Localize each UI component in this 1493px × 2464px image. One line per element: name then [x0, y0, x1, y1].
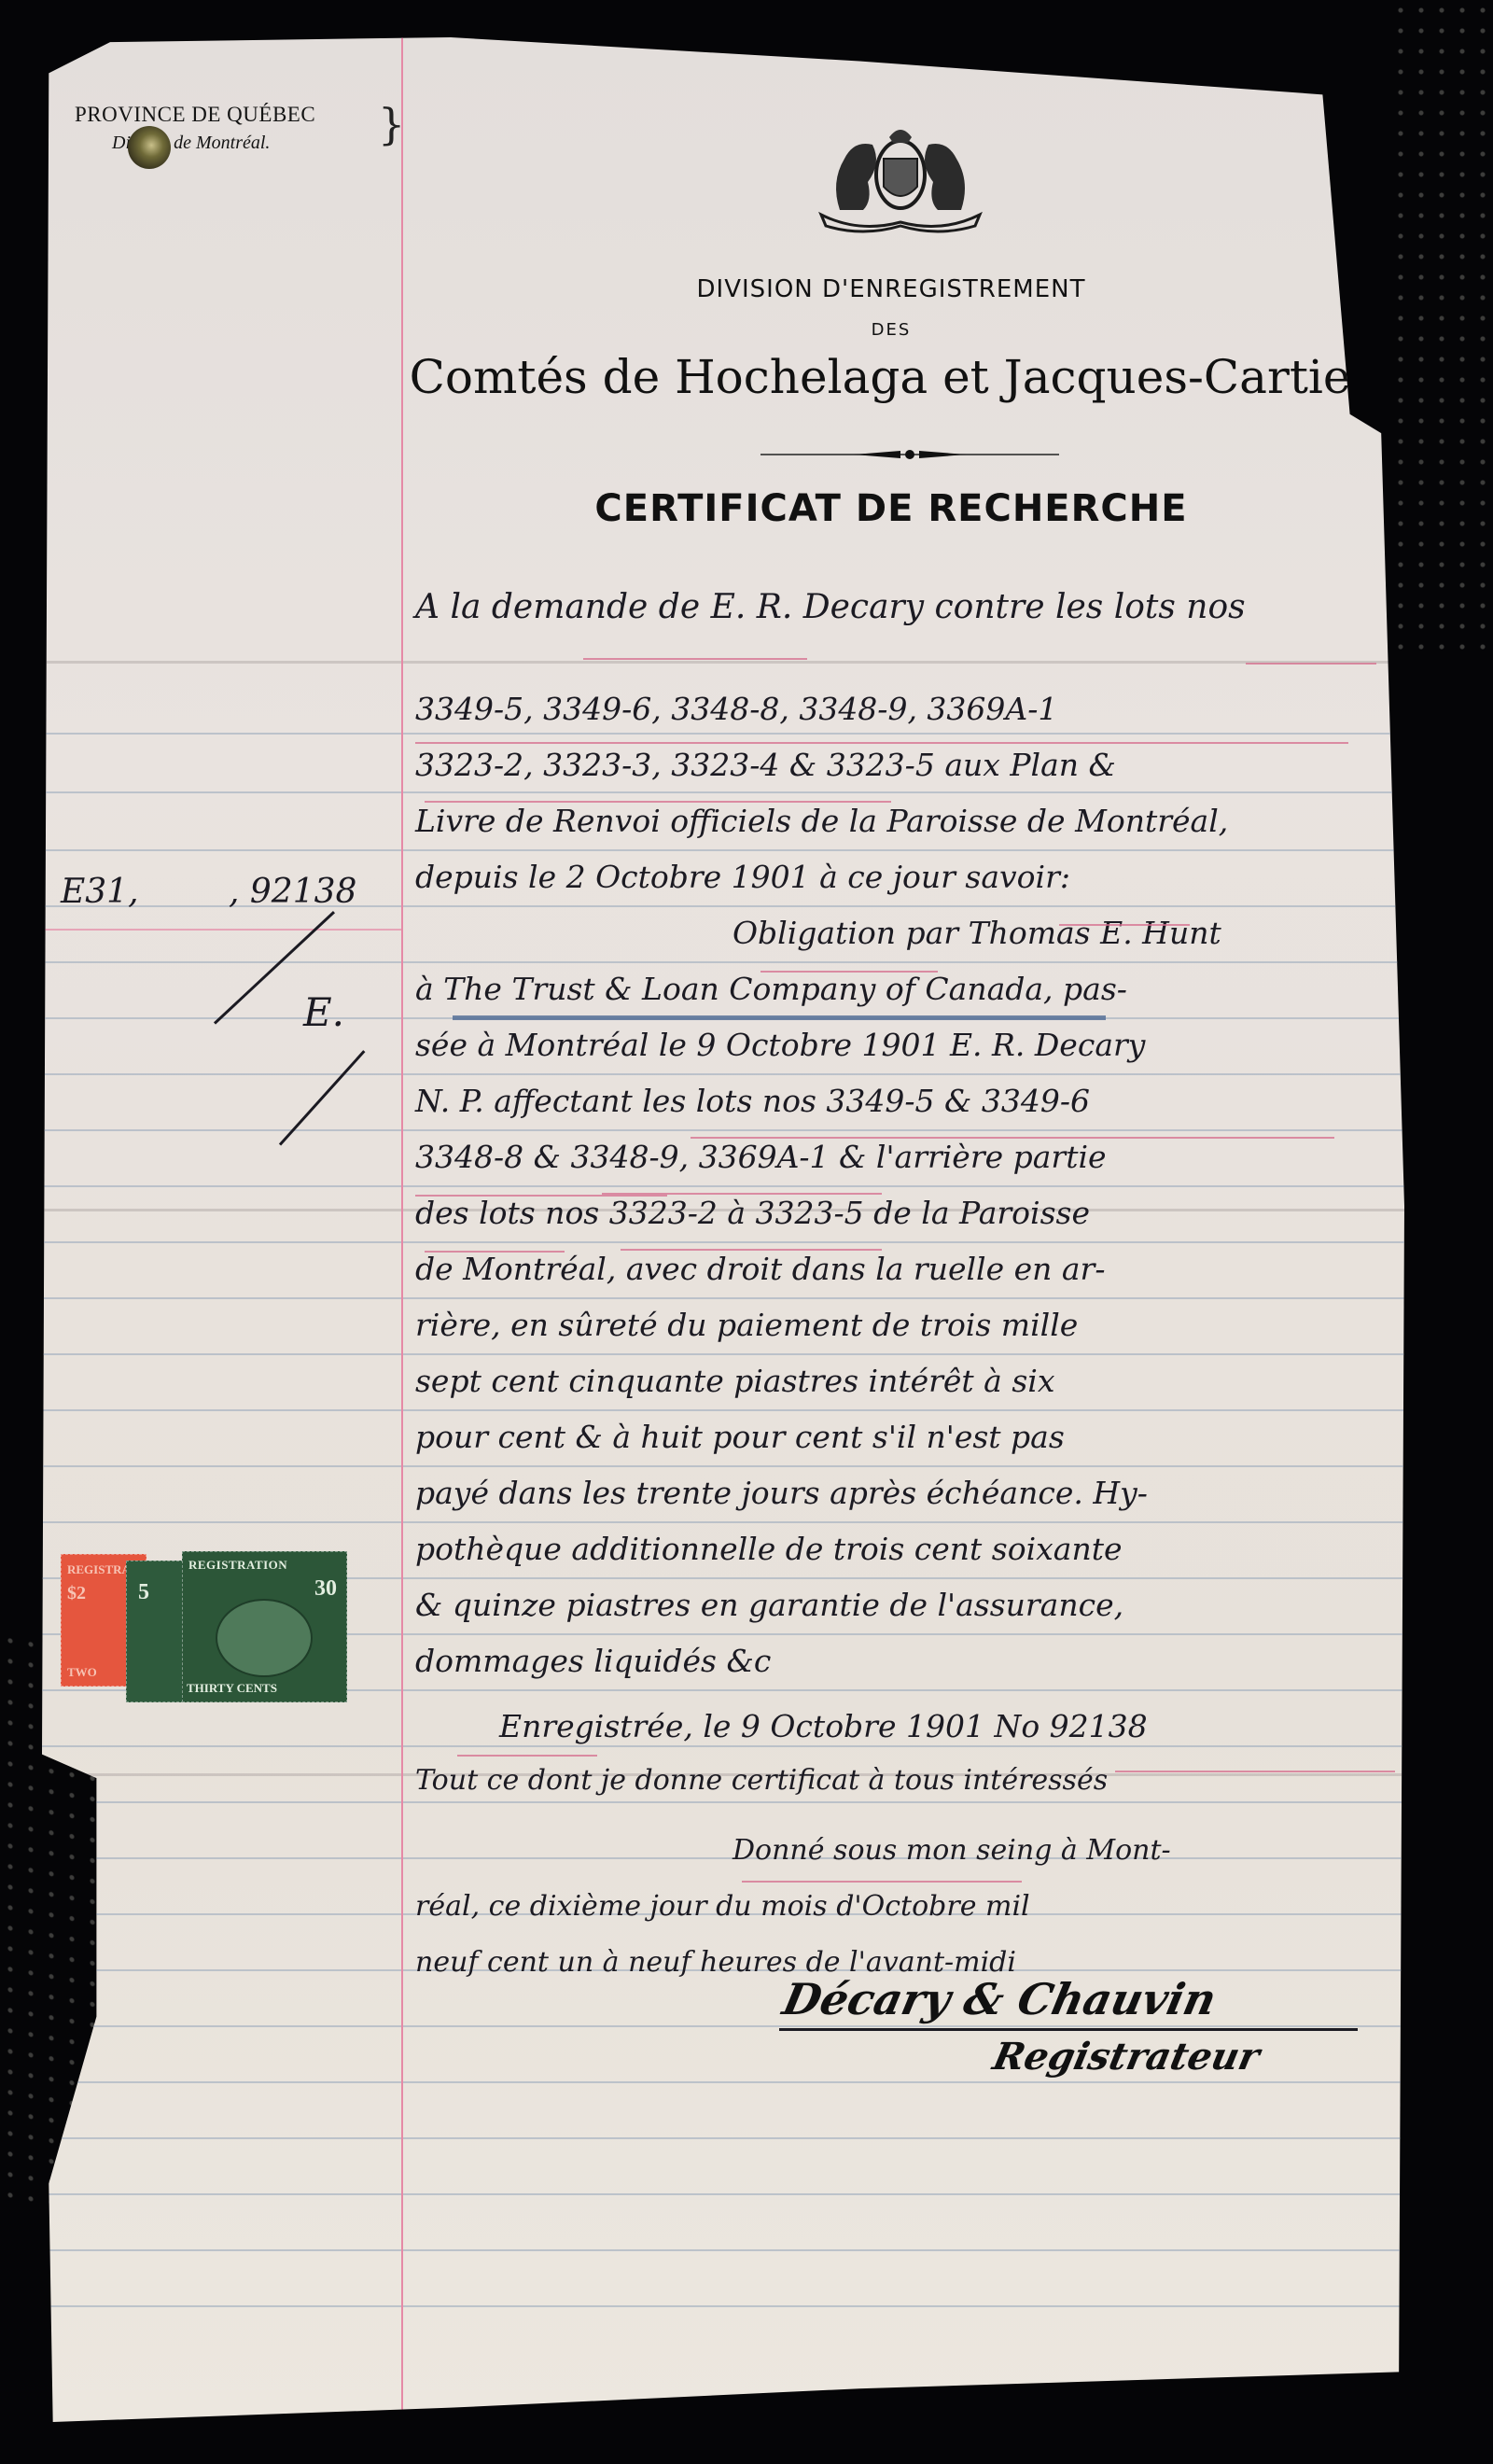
body-line: Livre de Renvoi officiels de la Paroisse…: [415, 803, 1228, 839]
body-line: A la demande de E. R. Decary contre les …: [415, 588, 1246, 626]
body-line: N. P. affectant les lots nos 3349-5 & 33…: [415, 1083, 1090, 1119]
margin-ref-left: E31,: [61, 873, 139, 911]
revenue-stamp-green-small: [126, 1561, 184, 1702]
revenue-stamp-green: REGISTRATION 5 30 THIRTY CENTS: [182, 1551, 347, 1702]
body-line: pour cent & à huit pour cent s'il n'est …: [415, 1419, 1065, 1455]
division-des: DES: [378, 320, 1404, 340]
brace-decoration: }: [378, 103, 405, 146]
given-line: Donné sous mon seing à Mont-: [733, 1834, 1171, 1867]
body-line: pothèque additionnelle de trois cent soi…: [415, 1531, 1123, 1567]
body-line: à The Trust & Loan Company of Canada, pa…: [415, 971, 1127, 1007]
certification-line: Tout ce dont je donne certificat à tous …: [415, 1764, 1108, 1797]
body-line: 3323-2, 3323-3, 3323-4 & 3323-5 aux Plan…: [415, 747, 1116, 783]
body-line: sept cent cinquante piastres intérêt à s…: [415, 1363, 1054, 1399]
given-line: réal, ce dixième jour du mois d'Octobre …: [415, 1890, 1030, 1923]
body-line: payé dans les trente jours après échéanc…: [415, 1475, 1148, 1511]
province-header: PROVINCE DE QUÉBEC District de Montréal.: [75, 103, 315, 154]
certificate-title: CERTIFICAT DE RECHERCHE: [378, 487, 1404, 530]
brass-rivet: [128, 126, 171, 169]
document-page: PROVINCE DE QUÉBEC District de Montréal.…: [42, 37, 1404, 2422]
body-line: dommages liquidés &c: [415, 1643, 771, 1679]
body-line: & quinze piastres en garantie de l'assur…: [415, 1587, 1123, 1623]
margin-initials: E.: [303, 989, 344, 1035]
registrar-title: Registrateur: [989, 2035, 1263, 2079]
registration-line: Enregistrée, le 9 Octobre 1901 No 92138: [499, 1708, 1148, 1744]
body-line: 3349-5, 3349-6, 3348-8, 3348-9, 3369A-1: [415, 691, 1057, 727]
ornament-divider: [760, 448, 1059, 461]
division-title: DIVISION D'ENREGISTREMENT: [378, 275, 1404, 303]
registrar-signature: Décary & Chauvin: [778, 1974, 1221, 2024]
coat-of-arms-icon: [807, 117, 994, 233]
body-line: 3348-8 & 3348-9, 3369A-1 & l'arrière par…: [415, 1139, 1107, 1175]
body-line: sée à Montréal le 9 Octobre 1901 E. R. D…: [415, 1027, 1145, 1063]
margin-ref-number: , 92138: [229, 873, 356, 911]
body-line: rière, en sûreté du paiement de trois mi…: [415, 1307, 1078, 1343]
margin-slash: [279, 1050, 366, 1145]
body-line: de Montréal, avec droit dans la ruelle e…: [415, 1251, 1105, 1287]
province-label: PROVINCE DE QUÉBEC: [75, 103, 315, 127]
counties-title: Comtés de Hochelaga et Jacques-Cartier: [378, 350, 1404, 404]
body-line: des lots nos 3323-2 à 3323-5 de la Paroi…: [415, 1195, 1090, 1231]
beaver-medallion-icon: [216, 1599, 313, 1677]
body-line: depuis le 2 Octobre 1901 à ce jour savoi…: [415, 859, 1070, 895]
body-line: Obligation par Thomas E. Hunt: [733, 915, 1221, 951]
background-mesh-basket: [1390, 0, 1493, 653]
signature-underline: [779, 2028, 1358, 2031]
